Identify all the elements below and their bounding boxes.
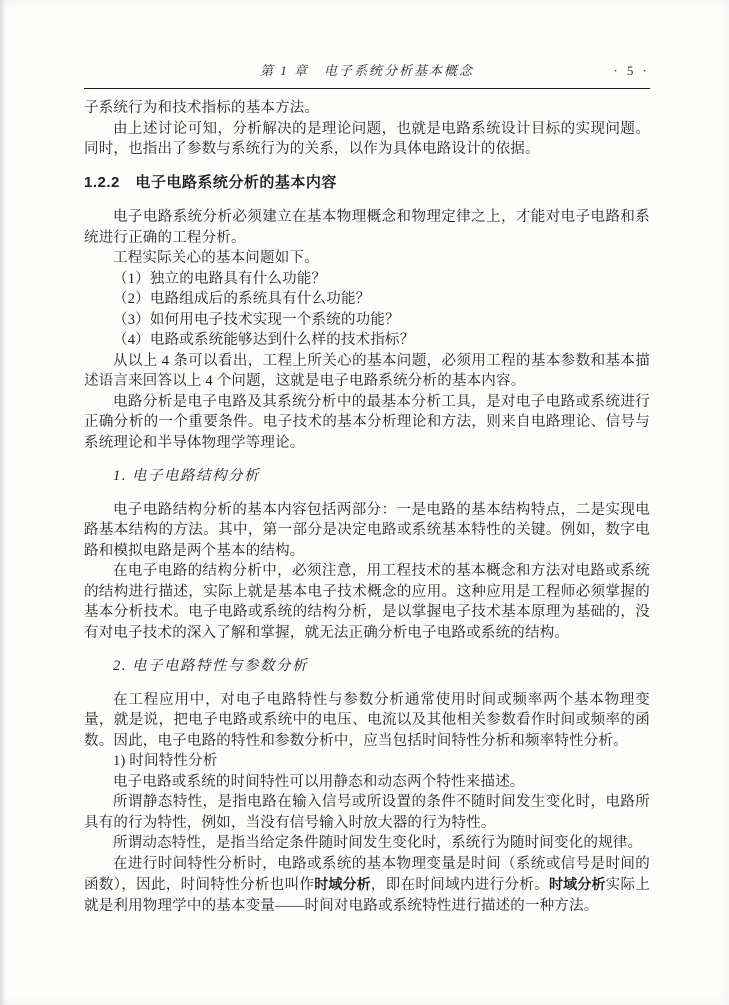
paragraph-foundation: 电子电路系统分析必须建立在基本物理概念和物理定律之上，才能对电子电路和系统进行正… [84,207,650,248]
subitem-time-characteristic: 1) 时间特性分析 [84,751,650,772]
paragraph-questions-intro: 工程实际关心的基本问题如下。 [84,248,650,269]
list-item-question-2: （2）电路组成后的系统具有什么功能？ [84,289,650,310]
paragraph-summary-4: 从以上 4 条可以看出，工程上所关心的基本问题，必须用工程的基本参数和基本描述语… [84,351,650,392]
running-head-chapter-title: 第 1 章 电子系统分析基本概念 [84,62,650,80]
time-domain-run-2: ，即在时间域内进行分析。 [371,877,549,893]
subsection-heading-characteristics-parameters: 2. 电子电路特性与参数分析 [84,656,650,677]
body-text: 子系统行为和技术指标的基本方法。 由上述讨论可知，分析解决的是理论问题，也就是电… [84,98,650,916]
paragraph-discussion: 由上述讨论可知，分析解决的是理论问题，也就是电路系统设计目标的实现问题。同时，也… [84,119,650,160]
page-number: · 5 · [613,62,650,80]
paragraph-structure-1: 电子电路结构分析的基本内容包括两部分：一是电路的基本结构特点，二是实现电路基本结… [84,500,650,562]
paragraph-carryover: 子系统行为和技术指标的基本方法。 [84,98,650,119]
paragraph-time-domain: 在进行时间特性分析时，电路或系统的基本物理变量是时间（系统或信号是时间的函数），… [84,854,650,917]
list-item-question-4: （4）电路或系统能够达到什么样的技术指标？ [84,330,650,351]
paragraph-static-characteristic: 所谓静态特性，是指电路在输入信号或所设置的条件不随时间发生变化时，电路所具有的行… [84,792,650,833]
paragraph-time-intro: 电子电路或系统的时间特性可以用静态和动态两个特性来描述。 [84,772,650,793]
list-item-question-3: （3）如何用电子技术实现一个系统的功能？ [84,310,650,331]
paragraph-structure-2: 在电子电路的结构分析中，必须注意，用工程技术的基本概念和方法对电路或系统的结构进… [84,561,650,643]
paragraph-dynamic-characteristic: 所谓动态特性，是指当给定条件随时间发生变化时，系统行为随时间变化的规律。 [84,833,650,854]
time-domain-bold-term-1: 时域分析 [314,876,371,892]
list-item-question-1: （1）独立的电路具有什么功能？ [84,269,650,290]
paragraph-circuit-analysis: 电路分析是电子电路及其系统分析中的最基本分析工具，是对电子电路或系统进行正确分析… [84,392,650,454]
header-rule [84,88,650,89]
section-heading-1-2-2: 1.2.2 电子电路系统分析的基本内容 [84,173,650,194]
paragraph-characteristics: 在工程应用中，对电子电路特性与参数分析通常使用时间或频率两个基本物理变量，就是说… [84,690,650,752]
time-domain-bold-term-2: 时域分析 [549,876,606,892]
page-content-area: 第 1 章 电子系统分析基本概念 · 5 · 子系统行为和技术指标的基本方法。 … [84,62,650,916]
subsection-heading-structure-analysis: 1. 电子电路结构分析 [84,466,650,487]
running-head: 第 1 章 电子系统分析基本概念 · 5 · [84,62,650,84]
book-page: 第 1 章 电子系统分析基本概念 · 5 · 子系统行为和技术指标的基本方法。 … [0,0,729,1005]
